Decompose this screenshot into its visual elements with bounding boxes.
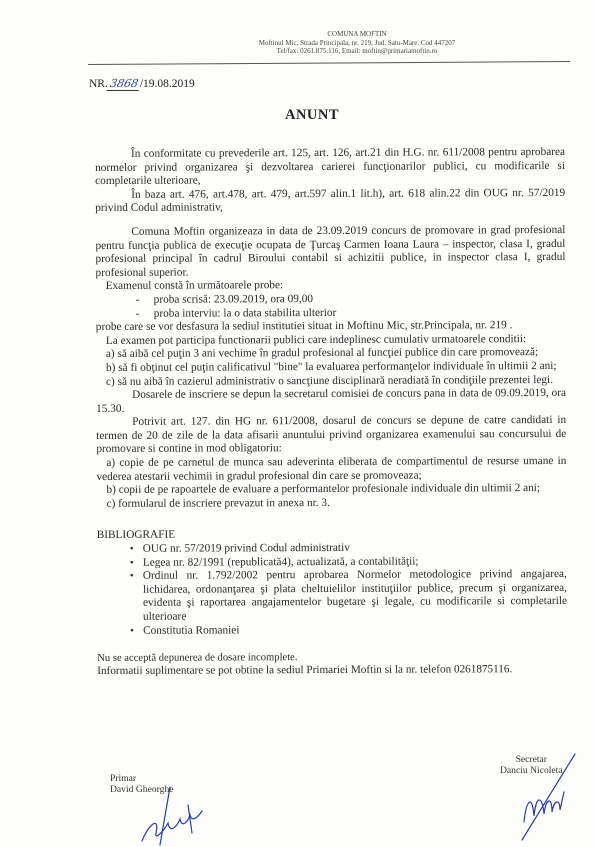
signature-mayor-icon bbox=[130, 785, 210, 847]
document-body: În conformitate cu prevederile art. 125,… bbox=[95, 146, 567, 678]
paragraph-legal-basis-1: În conformitate cu prevederile art. 125,… bbox=[95, 146, 565, 189]
header-divider bbox=[88, 61, 570, 65]
bibliography-item: Constitutia Romaniei bbox=[97, 623, 567, 639]
condition-item: b) să fi obţinut cel puţin calificativul… bbox=[96, 360, 566, 376]
handwritten-number: 3868 bbox=[106, 77, 141, 91]
notes: Nu se acceptă depunerea de dosare incomp… bbox=[97, 650, 567, 678]
letterhead-contact: Tel/fax: 0261.875.116, Email: moftin@pri… bbox=[0, 47, 594, 56]
paragraph-competition: Comuna Moftin organizeaza in data de 23.… bbox=[95, 224, 565, 280]
exam-item: proba interviu: la o data stabilita ulte… bbox=[96, 305, 566, 321]
paragraph-legal-basis-2: În baza art. 476, art.478, art. 479, art… bbox=[95, 187, 565, 216]
note-info: Informatii suplimentare se pot obtine la… bbox=[97, 663, 567, 678]
deadline-paragraph: Dosarele de inscriere se depun la secret… bbox=[96, 387, 566, 416]
document-page: COMUNA MOFTIN Moftinul Mic, Strada Princ… bbox=[0, 0, 594, 847]
dossier-item: a) copie de pe carnetul de munca sau ade… bbox=[96, 455, 566, 484]
exam-list: proba scrisă: 23.09.2019, ora 09,00 prob… bbox=[96, 292, 566, 321]
bibliography-item: Ordinul nr. 1.792/2002 pentru aprobarea … bbox=[97, 568, 567, 624]
signer-role: Primar bbox=[110, 773, 174, 784]
bibliography-list: OUG nr. 57/2019 privind Codul administra… bbox=[97, 541, 567, 638]
letterhead-name: COMUNA MOFTIN bbox=[0, 30, 594, 39]
signature-secretary-icon bbox=[510, 752, 580, 842]
registration-date: /19.08.2019 bbox=[140, 78, 195, 90]
document-title: ANUNT bbox=[0, 107, 594, 124]
dossier-intro: Potrivit art. 127. din HG nr. 611/2008, … bbox=[96, 414, 566, 457]
registration-prefix: NR. bbox=[89, 78, 108, 90]
letterhead: COMUNA MOFTIN Moftinul Mic, Strada Princ… bbox=[0, 30, 594, 56]
letterhead-address: Moftinul Mic, Strada Principala, nr. 219… bbox=[0, 39, 594, 48]
dossier-item: c) formularul de inscriere prevazut in a… bbox=[97, 496, 567, 512]
registration-number: NR.3868/19.08.2019 bbox=[89, 77, 195, 91]
dossier-item: b) copii de pe rapoartele de evaluare a … bbox=[96, 482, 566, 498]
